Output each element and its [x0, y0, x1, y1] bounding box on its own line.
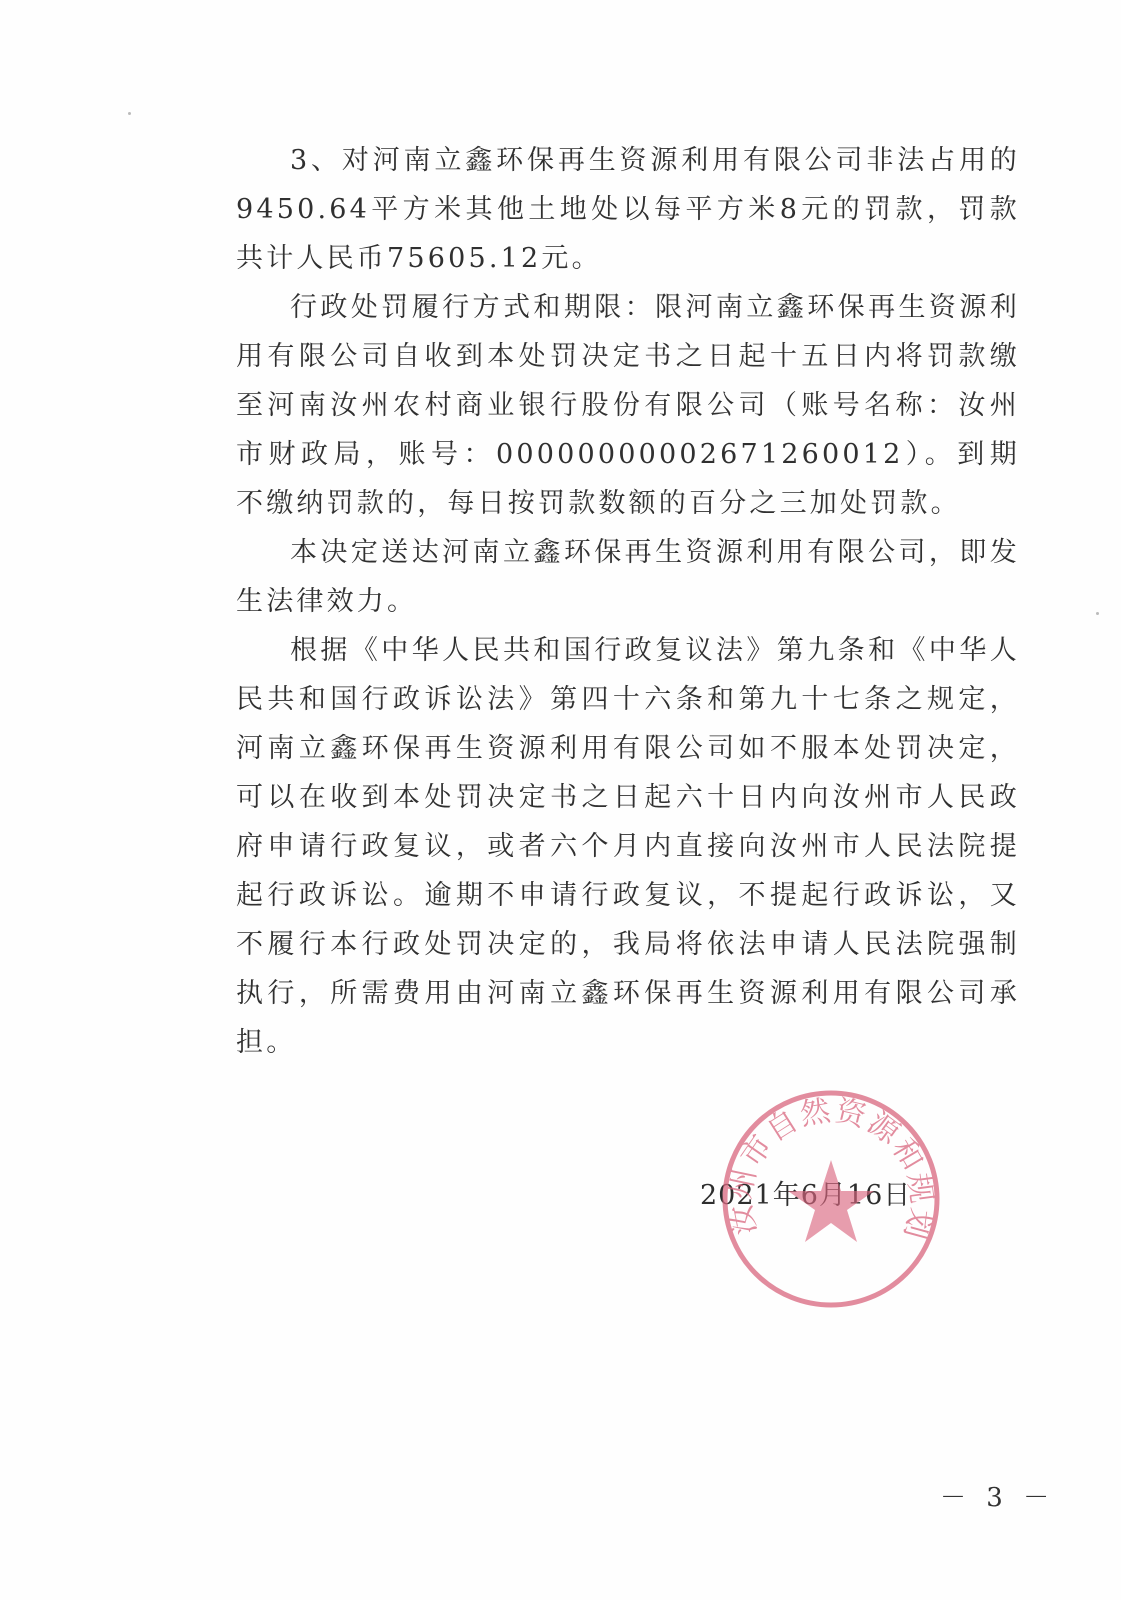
signature-date: 2021年6月16日	[700, 1176, 911, 1216]
page-number: － 3 －	[940, 1480, 1055, 1516]
scan-speck	[1096, 612, 1099, 615]
paragraph-payment-terms: 行政处罚履行方式和期限：限河南立鑫环保再生资源利用有限公司自收到本处罚决定书之日…	[236, 283, 1020, 528]
svg-text:汝州市自然资源和规划局: 汝州市自然资源和规划局	[720, 1088, 939, 1245]
paragraph-fine-item-3: 3、对河南立鑫环保再生资源利用有限公司非法占用的9450.64平方米其他土地处以…	[236, 136, 1020, 283]
document-page: 3、对河南立鑫环保再生资源利用有限公司非法占用的9450.64平方米其他土地处以…	[0, 0, 1121, 1600]
paragraph-effectiveness: 本决定送达河南立鑫环保再生资源利用有限公司，即发生法律效力。	[236, 528, 1020, 626]
paragraph-appeal-rights: 根据《中华人民共和国行政复议法》第九条和《中华人民共和国行政诉讼法》第四十六条和…	[236, 626, 1020, 1067]
document-body: 3、对河南立鑫环保再生资源利用有限公司非法占用的9450.64平方米其他土地处以…	[236, 136, 1020, 1067]
scan-speck	[128, 112, 131, 115]
